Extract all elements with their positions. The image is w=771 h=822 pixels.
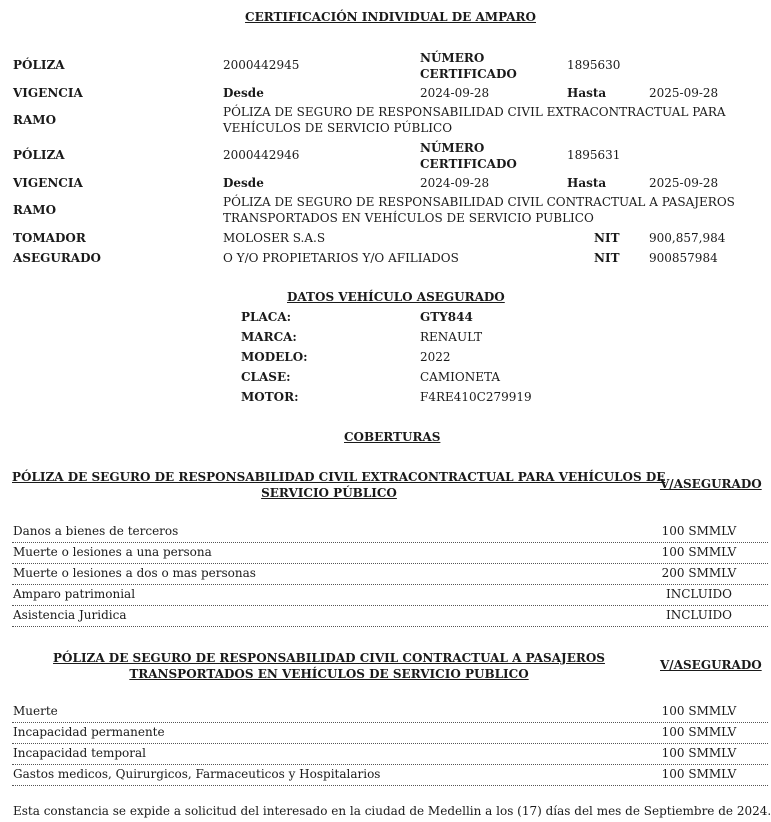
coverage-value: 200 SMMLV [654, 566, 744, 580]
coverage-row: Danos a bienes de terceros100 SMMLV [12, 521, 768, 543]
hasta-label: Hasta [567, 176, 606, 190]
coverage-value: 100 SMMLV [654, 767, 744, 781]
vehicle-heading: DATOS VEHÍCULO ASEGURADO [287, 290, 505, 304]
value-header: V/ASEGURADO [660, 658, 762, 672]
coverage-row: Amparo patrimonialINCLUIDO [12, 584, 768, 606]
coverage-section-title: PÓLIZA DE SEGURO DE RESPONSABILIDAD CIVI… [12, 469, 646, 501]
vehicle-field-label: MARCA: [241, 330, 297, 344]
hasta-label: Hasta [567, 86, 606, 100]
ramo-text: PÓLIZA DE SEGURO DE RESPONSABILIDAD CIVI… [223, 104, 726, 136]
coverage-name: Muerte [13, 704, 58, 718]
poliza-number: 2000442945 [223, 58, 299, 72]
coverage-title-line1: PÓLIZA DE SEGURO DE RESPONSABILIDAD CIVI… [12, 650, 646, 666]
vehicle-field-label: CLASE: [241, 370, 291, 384]
value-header: V/ASEGURADO [660, 477, 762, 491]
ramo-label: RAMO [13, 113, 56, 127]
asegurado-label: ASEGURADO [13, 251, 101, 265]
poliza-number: 2000442946 [223, 148, 299, 162]
hasta-date: 2025-09-28 [649, 176, 718, 190]
certificado-number: 1895631 [567, 148, 620, 162]
vehicle-field-value: RENAULT [420, 330, 482, 344]
coverage-row: Gastos medicos, Quirurgicos, Farmaceutic… [12, 764, 768, 786]
vehicle-field-value: 2022 [420, 350, 451, 364]
vehicle-field-label: MOTOR: [241, 390, 299, 404]
tomador-label: TOMADOR [13, 231, 86, 245]
desde-label: Desde [223, 176, 264, 190]
coverage-name: Gastos medicos, Quirurgicos, Farmaceutic… [13, 767, 380, 781]
ramo-label: RAMO [13, 203, 56, 217]
asegurado-value: O Y/O PROPIETARIOS Y/O AFILIADOS [223, 251, 459, 265]
coverage-name: Muerte o lesiones a una persona [13, 545, 212, 559]
ramo-line2: TRANSPORTADOS EN VEHÍCULOS DE SERVICIO P… [223, 210, 735, 226]
coverage-section-title: PÓLIZA DE SEGURO DE RESPONSABILIDAD CIVI… [12, 650, 646, 682]
asegurado-nit-label: NIT [594, 251, 620, 265]
vigencia-label: VIGENCIA [13, 176, 83, 190]
vehicle-field-value: CAMIONETA [420, 370, 500, 384]
coverage-value: 100 SMMLV [654, 704, 744, 718]
coverage-row: Incapacidad temporal100 SMMLV [12, 743, 768, 765]
coverage-name: Asistencia Juridica [13, 608, 127, 622]
coverage-row: Incapacidad permanente100 SMMLV [12, 722, 768, 744]
hasta-date: 2025-09-28 [649, 86, 718, 100]
certificado-number: 1895630 [567, 58, 620, 72]
tomador-nit-label: NIT [594, 231, 620, 245]
vehicle-field-value: F4RE410C279919 [420, 390, 532, 404]
coverage-row: Muerte o lesiones a dos o mas personas20… [12, 563, 768, 585]
vehicle-field-label: MODELO: [241, 350, 308, 364]
poliza-label: PÓLIZA [13, 58, 65, 72]
ramo-line2: VEHÍCULOS DE SERVICIO PÚBLICO [223, 120, 726, 136]
desde-date: 2024-09-28 [420, 176, 489, 190]
coverage-value: 100 SMMLV [654, 746, 744, 760]
coberturas-heading: COBERTURAS [344, 430, 440, 444]
coverage-value: INCLUIDO [654, 608, 744, 622]
desde-date: 2024-09-28 [420, 86, 489, 100]
tomador-value: MOLOSER S.A.S [223, 231, 325, 245]
vigencia-label: VIGENCIA [13, 86, 83, 100]
document-title: CERTIFICACIÓN INDIVIDUAL DE AMPARO [0, 10, 771, 24]
coverage-row: Muerte o lesiones a una persona100 SMMLV [12, 542, 768, 564]
coverage-name: Muerte o lesiones a dos o mas personas [13, 566, 256, 580]
numero-certificado-label: NÚMERO CERTIFICADO [420, 50, 517, 82]
coverage-name: Incapacidad permanente [13, 725, 165, 739]
numero-label-line1: NÚMERO [420, 140, 517, 156]
coverage-name: Incapacidad temporal [13, 746, 146, 760]
numero-label-line2: CERTIFICADO [420, 156, 517, 172]
footer-statement: Esta constancia se expide a solicitud de… [13, 804, 771, 818]
vehicle-field-value: GTY844 [420, 310, 473, 324]
coverage-title-line1: PÓLIZA DE SEGURO DE RESPONSABILIDAD CIVI… [12, 469, 646, 485]
coverage-row: Asistencia JuridicaINCLUIDO [12, 605, 768, 627]
tomador-nit: 900,857,984 [649, 231, 725, 245]
coverage-value: 100 SMMLV [654, 725, 744, 739]
poliza-label: PÓLIZA [13, 148, 65, 162]
ramo-line1: PÓLIZA DE SEGURO DE RESPONSABILIDAD CIVI… [223, 194, 735, 210]
coverage-row: Muerte100 SMMLV [12, 701, 768, 723]
ramo-text: PÓLIZA DE SEGURO DE RESPONSABILIDAD CIVI… [223, 194, 735, 226]
coverage-name: Danos a bienes de terceros [13, 524, 178, 538]
coverage-value: INCLUIDO [654, 587, 744, 601]
coverage-name: Amparo patrimonial [13, 587, 135, 601]
asegurado-nit: 900857984 [649, 251, 718, 265]
numero-certificado-label: NÚMERO CERTIFICADO [420, 140, 517, 172]
vehicle-field-label: PLACA: [241, 310, 291, 324]
numero-label-line2: CERTIFICADO [420, 66, 517, 82]
coverage-title-line2: SERVICIO PÚBLICO [12, 485, 646, 501]
numero-label-line1: NÚMERO [420, 50, 517, 66]
coverage-title-line2: TRANSPORTADOS EN VEHÍCULOS DE SERVICIO P… [12, 666, 646, 682]
desde-label: Desde [223, 86, 264, 100]
coverage-value: 100 SMMLV [654, 524, 744, 538]
ramo-line1: PÓLIZA DE SEGURO DE RESPONSABILIDAD CIVI… [223, 104, 726, 120]
coverage-value: 100 SMMLV [654, 545, 744, 559]
